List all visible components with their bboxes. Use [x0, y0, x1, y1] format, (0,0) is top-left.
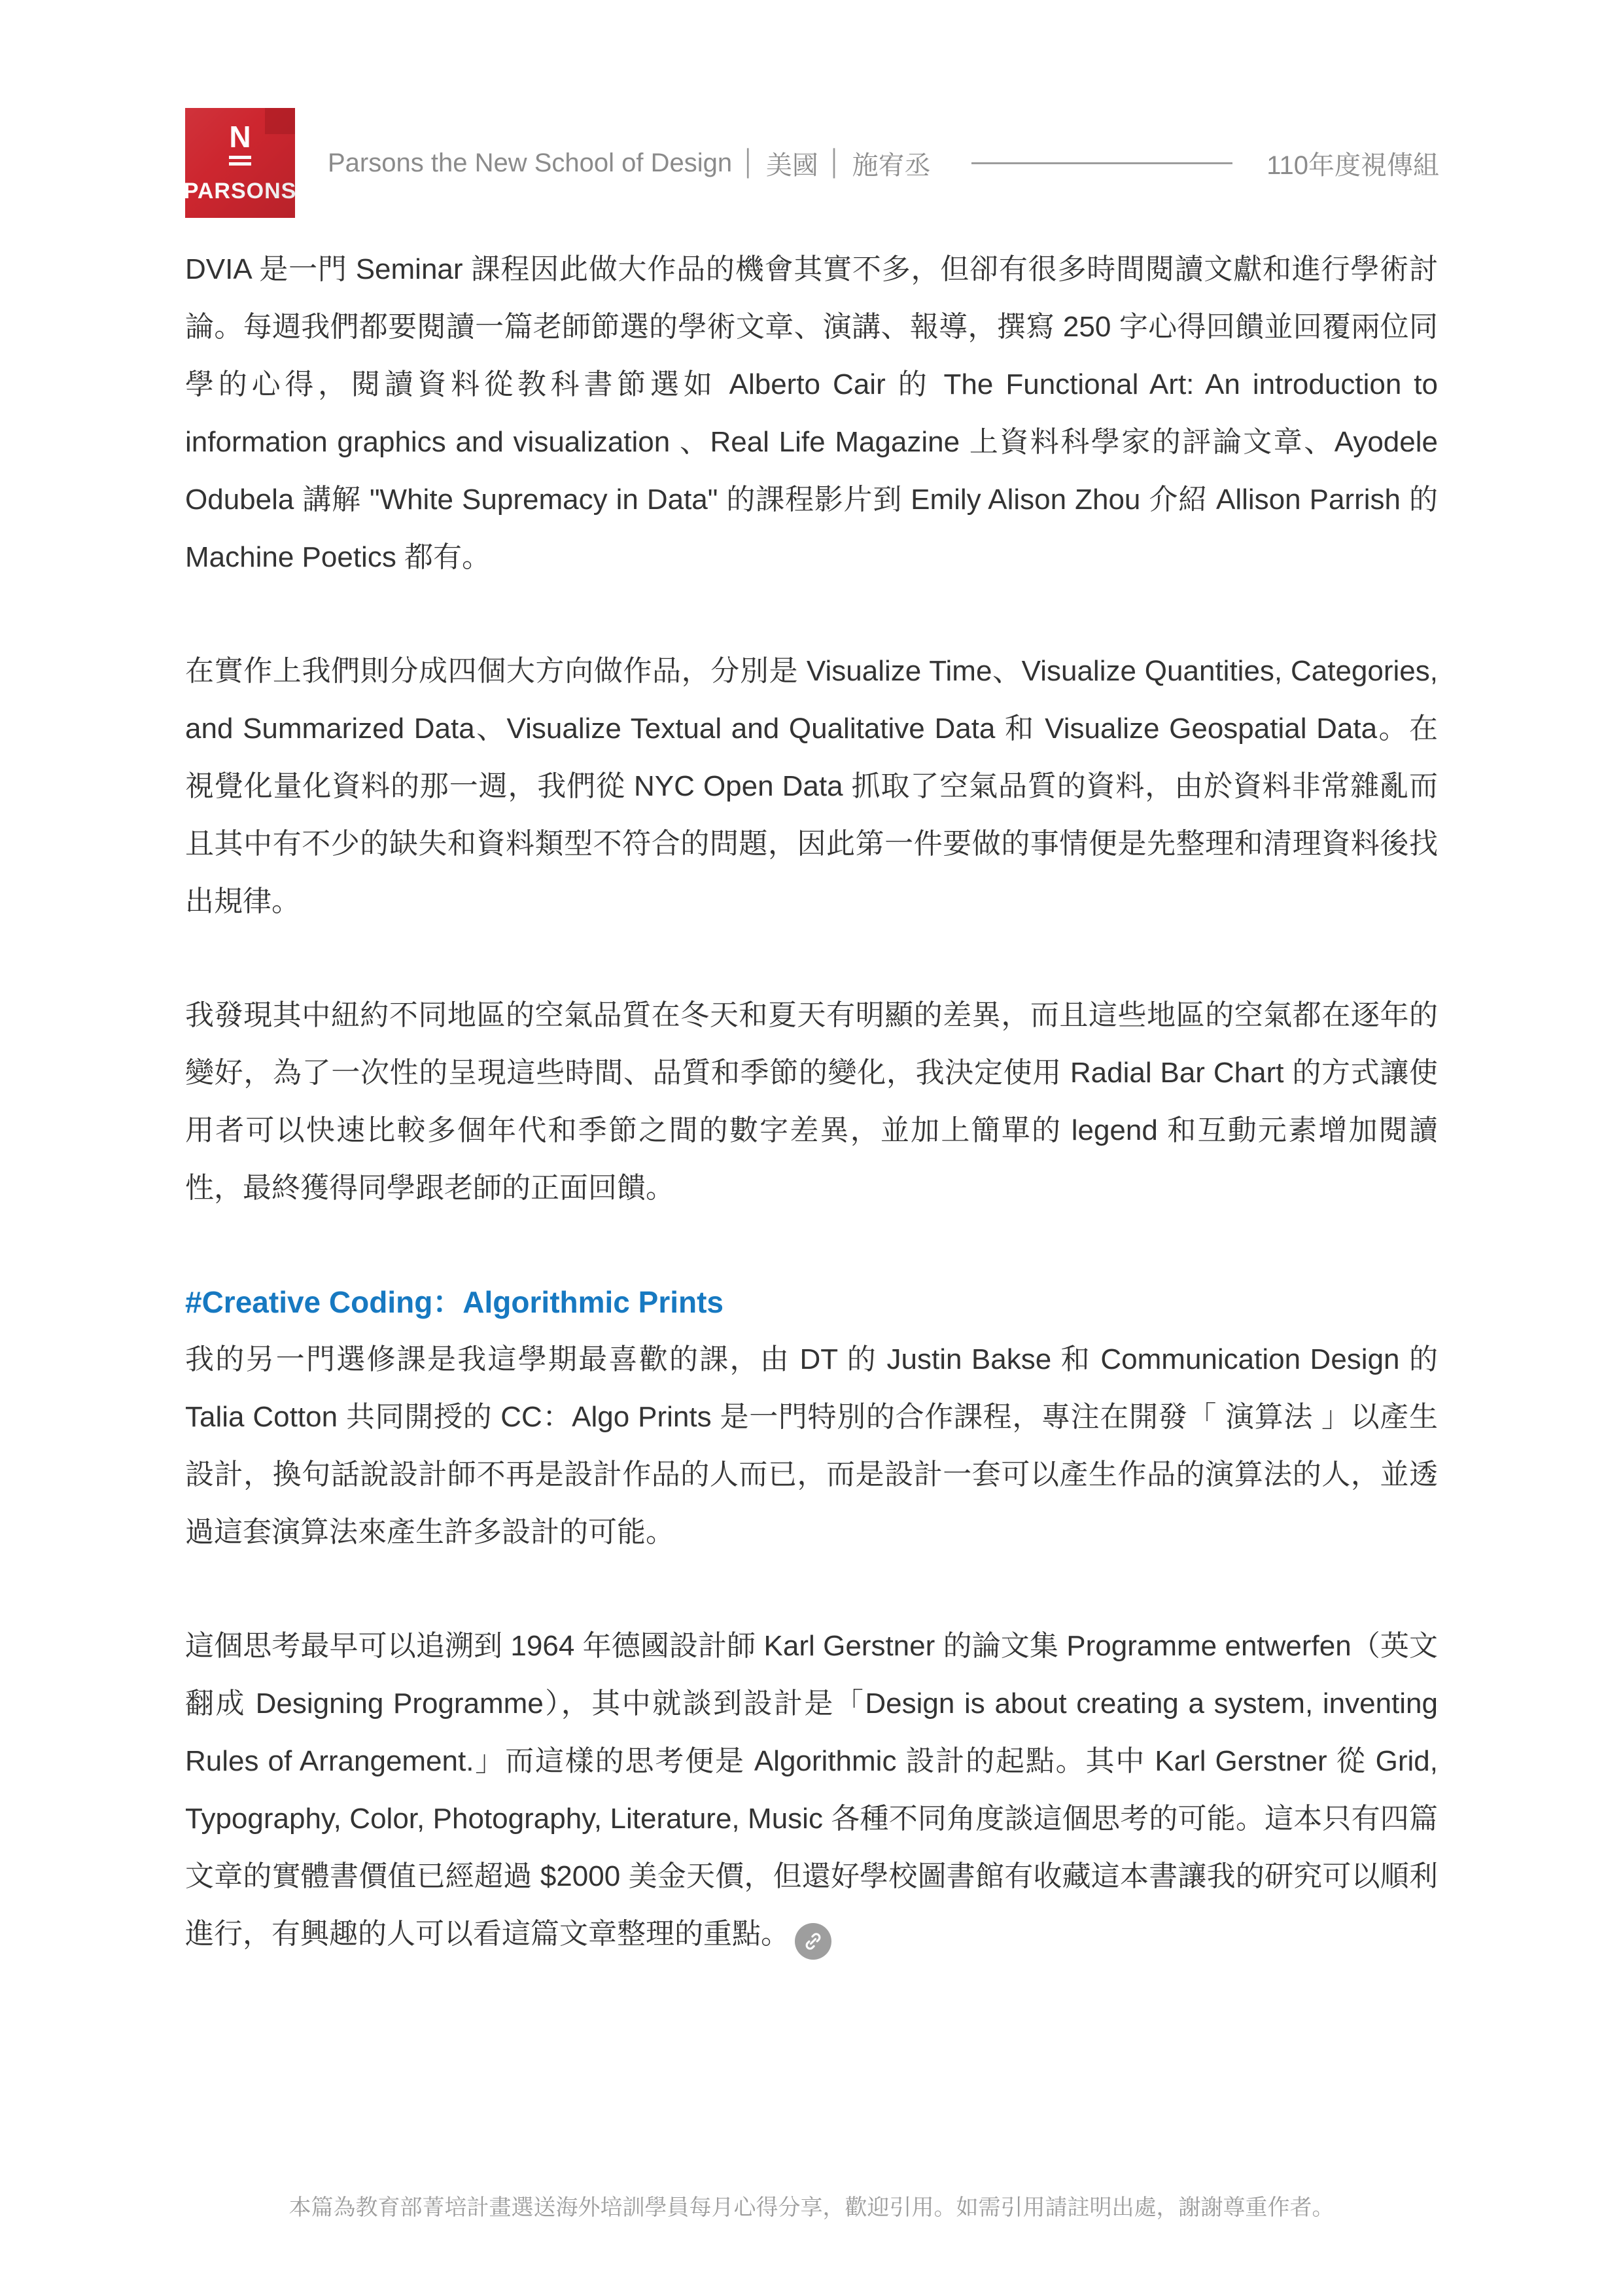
paragraph-algo-prints: 我的另一門選修課是我這學期最喜歡的課，由 DT 的 Justin Bakse 和… [185, 1331, 1438, 1561]
paragraph-karl-gerstner-text: 這個思考最早可以追溯到 1964 年德國設計師 Karl Gerstner 的論… [185, 1630, 1438, 1950]
header-year-group: 110年度視傳組 [1266, 145, 1439, 182]
header-author: 施宥丞 [852, 145, 931, 182]
header-country: 美國 [766, 145, 818, 182]
article: DVIA 是一門 Seminar 課程因此做大作品的機會其實不多，但卻有很多時間… [185, 241, 1438, 2019]
parsons-logo: N PARSONS [185, 108, 295, 218]
paragraph-karl-gerstner: 這個思考最早可以追溯到 1964 年德國設計師 Karl Gerstner 的論… [185, 1617, 1438, 1963]
new-school-n-icon: N [229, 122, 251, 152]
header-byline: Parsons the New School of Design │ 美國 │ … [328, 145, 1439, 182]
header-divider: │ [741, 149, 757, 177]
paragraph-radial-bar-chart: 我發現其中紐約不同地區的空氣品質在冬天和夏天有明顯的差異，而且這些地區的空氣都在… [185, 987, 1438, 1217]
footer-note: 本篇為教育部菁培計畫選送海外培訓學員每月心得分享，歡迎引用。如需引用請註明出處，… [0, 2197, 1623, 2219]
link-icon[interactable] [795, 1923, 831, 1960]
header-school-name: Parsons the New School of Design [328, 149, 732, 178]
paragraph-dvia-seminar: DVIA 是一門 Seminar 課程因此做大作品的機會其實不多，但卻有很多時間… [185, 241, 1438, 586]
header: N PARSONS Parsons the New School of Desi… [185, 108, 1439, 218]
paragraph-four-directions: 在實作上我們則分成四個大方向做作品，分別是 Visualize Time、Vis… [185, 643, 1438, 930]
header-divider: │ [828, 149, 843, 177]
parsons-wordmark: PARSONS [185, 179, 295, 204]
page: N PARSONS Parsons the New School of Desi… [0, 0, 1623, 2296]
header-rule [971, 162, 1233, 164]
logo-underline-bar [229, 162, 251, 166]
logo-facet [265, 108, 295, 134]
section-heading-creative-coding: #Creative Coding：Algorithmic Prints [185, 1273, 1438, 1331]
logo-underline-bar [229, 156, 251, 159]
